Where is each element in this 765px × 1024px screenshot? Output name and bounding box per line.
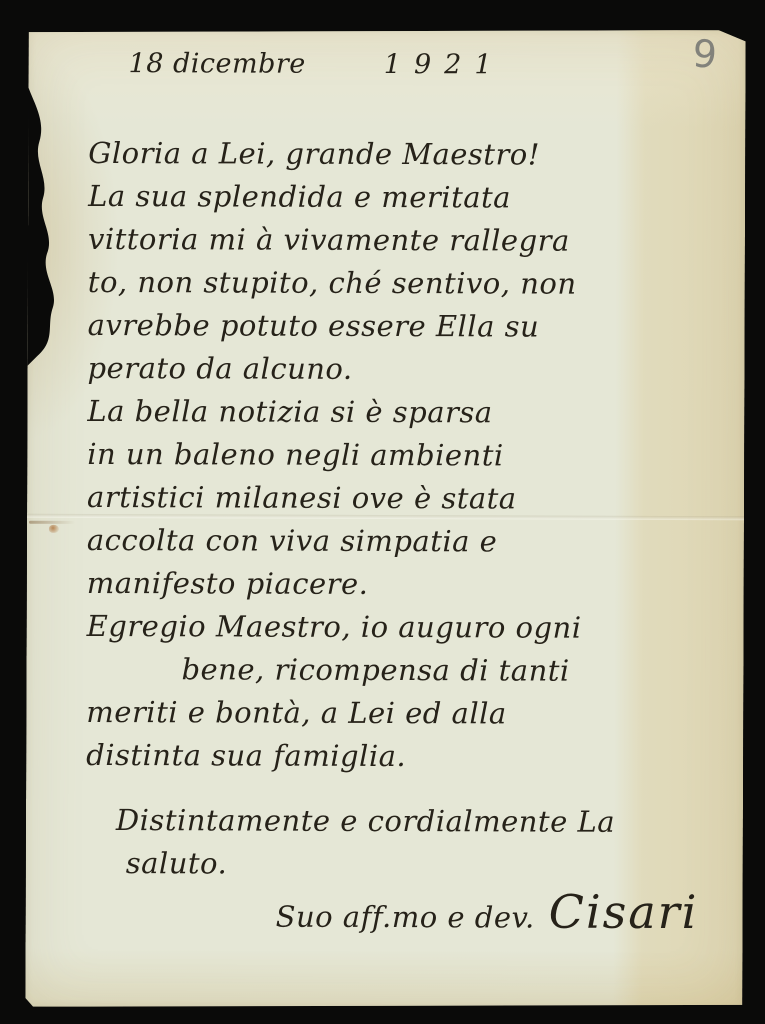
date-day-month: 18 dicembre (129, 48, 306, 80)
stain-smudge (29, 521, 75, 524)
date-year: 1921 (384, 49, 505, 80)
letter-line: distinta sua famiglia. (86, 734, 726, 779)
letter-page: 9 18 dicembre 1921 Gloria a Lei, grande … (25, 28, 745, 1009)
signature: Cisari (535, 885, 699, 940)
letter-line: meriti e bontà, a Lei ed alla (86, 691, 726, 736)
letter-line: in un baleno negli ambienti (87, 433, 727, 478)
letter-line-valediction: Distintamente e cordialmente La (86, 799, 726, 844)
scanned-letter: 9 18 dicembre 1921 Gloria a Lei, grande … (0, 0, 765, 1024)
letter-line: bene, ricompensa di tanti (86, 648, 726, 693)
letter-line-valediction: saluto. (86, 842, 726, 887)
letter-line: Egregio Maestro, io auguro ogni (87, 605, 727, 650)
letter-body: Gloria a Lei, grande Maestro! La sua spl… (86, 132, 729, 947)
date-line: 18 dicembre 1921 (129, 48, 505, 80)
letter-line: manifesto piacere. (87, 562, 727, 607)
letter-line: avrebbe potuto essere Ella su (88, 304, 728, 349)
stain-mark (49, 525, 59, 533)
page-number-annotation: 9 (691, 31, 718, 77)
closing-text: Suo aff.mo e dev. (276, 900, 535, 935)
closing-line: Suo aff.mo e dev.Cisari (86, 885, 726, 947)
letter-line: to, non stupito, ché sentivo, non (88, 261, 728, 306)
letter-line: artistici milanesi ove è stata (87, 476, 727, 521)
letter-line: vittoria mi à vivamente rallegra (88, 218, 728, 263)
letter-line: accolta con viva simpatia e (87, 519, 727, 564)
letter-line: La bella notizia si è sparsa (87, 390, 727, 435)
letter-line: perato da alcuno. (87, 347, 727, 392)
letter-line-salutation: Gloria a Lei, grande Maestro! (88, 132, 728, 177)
letter-line: La sua splendida e meritata (88, 175, 728, 220)
